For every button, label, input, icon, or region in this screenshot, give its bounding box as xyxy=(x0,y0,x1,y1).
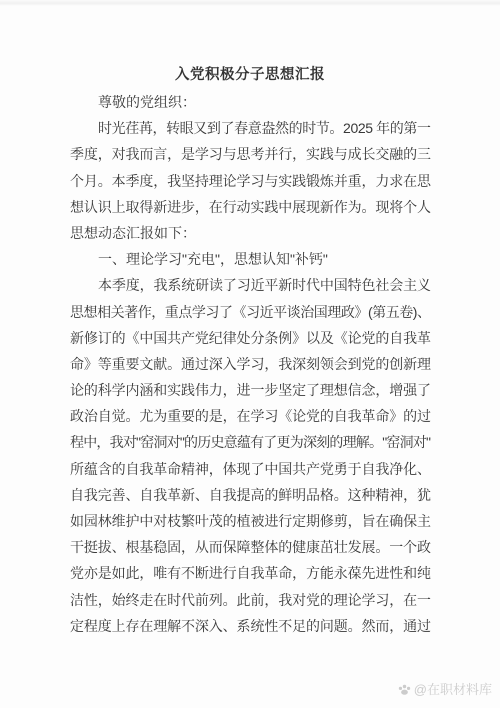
document-page: 入党积极分子思想汇报 尊敬的党组织：时光荏苒，转眼又到了春意盎然的时节。2025… xyxy=(0,0,500,708)
text-line: 洁性，始终走在时代前列。此前，我对党的理论学习，在一 xyxy=(70,587,431,613)
text-line: 命》等重要文献。通过深入学习，我深刻领会到党的创新理 xyxy=(70,351,431,377)
text-line: 如园林维护中对枝繁叶茂的植被进行定期修剪，旨在确保主 xyxy=(70,508,431,534)
text-line: 新修订的《中国共产党纪律处分条例》以及《论党的自我革 xyxy=(70,325,431,351)
paw-icon xyxy=(398,683,411,696)
text-line: 尊敬的党组织： xyxy=(70,89,431,115)
watermark: @在职材料库 xyxy=(398,682,492,697)
text-line: 思想相关著作，重点学习了《习近平谈治国理政》(第五卷)、 xyxy=(70,299,431,325)
watermark-text: @在职材料库 xyxy=(414,682,492,697)
text-line: 程中，我对"窑洞对"的历史意蕴有了更为深刻的理解。"窑洞对" xyxy=(70,429,431,455)
text-line: 时光荏苒，转眼又到了春意盎然的时节。2025 年的第一 xyxy=(70,115,431,141)
text-line: 干挺拔、根基稳固，从而保障整体的健康茁壮发展。一个政 xyxy=(70,534,431,560)
text-line: 论的科学内涵和实践伟力，进一步坚定了理想信念，增强了 xyxy=(70,377,431,403)
text-line: 定程度上存在理解不深入、系统性不足的问题。然而，通过 xyxy=(70,613,431,639)
text-line: 个月。本季度，我坚持理论学习与实践锻炼并重，力求在思 xyxy=(70,168,431,194)
text-line: 季度，对我而言，是学习与思考并行，实践与成长交融的三 xyxy=(70,141,431,167)
text-line: 政治自觉。尤为重要的是，在学习《论党的自我革命》的过 xyxy=(70,403,431,429)
document-title: 入党积极分子思想汇报 xyxy=(0,0,500,88)
text-line: 一、理论学习"充电"，思想认知"补钙" xyxy=(70,246,431,272)
page-top-edge xyxy=(0,0,500,6)
text-line: 党亦是如此，唯有不断进行自我革命，方能永葆先进性和纯 xyxy=(70,560,431,586)
document-body: 尊敬的党组织：时光荏苒，转眼又到了春意盎然的时节。2025 年的第一季度，对我而… xyxy=(70,89,431,639)
text-line: 自我完善、自我革新、自我提高的鲜明品格。这种精神，犹 xyxy=(70,482,431,508)
text-line: 本季度，我系统研读了习近平新时代中国特色社会主义 xyxy=(70,272,431,298)
text-line: 想认识上取得新进步，在行动实践中展现新作为。现将个人 xyxy=(70,194,431,220)
text-line: 所蕴含的自我革命精神，体现了中国共产党勇于自我净化、 xyxy=(70,456,431,482)
text-line: 思想动态汇报如下： xyxy=(70,220,431,246)
